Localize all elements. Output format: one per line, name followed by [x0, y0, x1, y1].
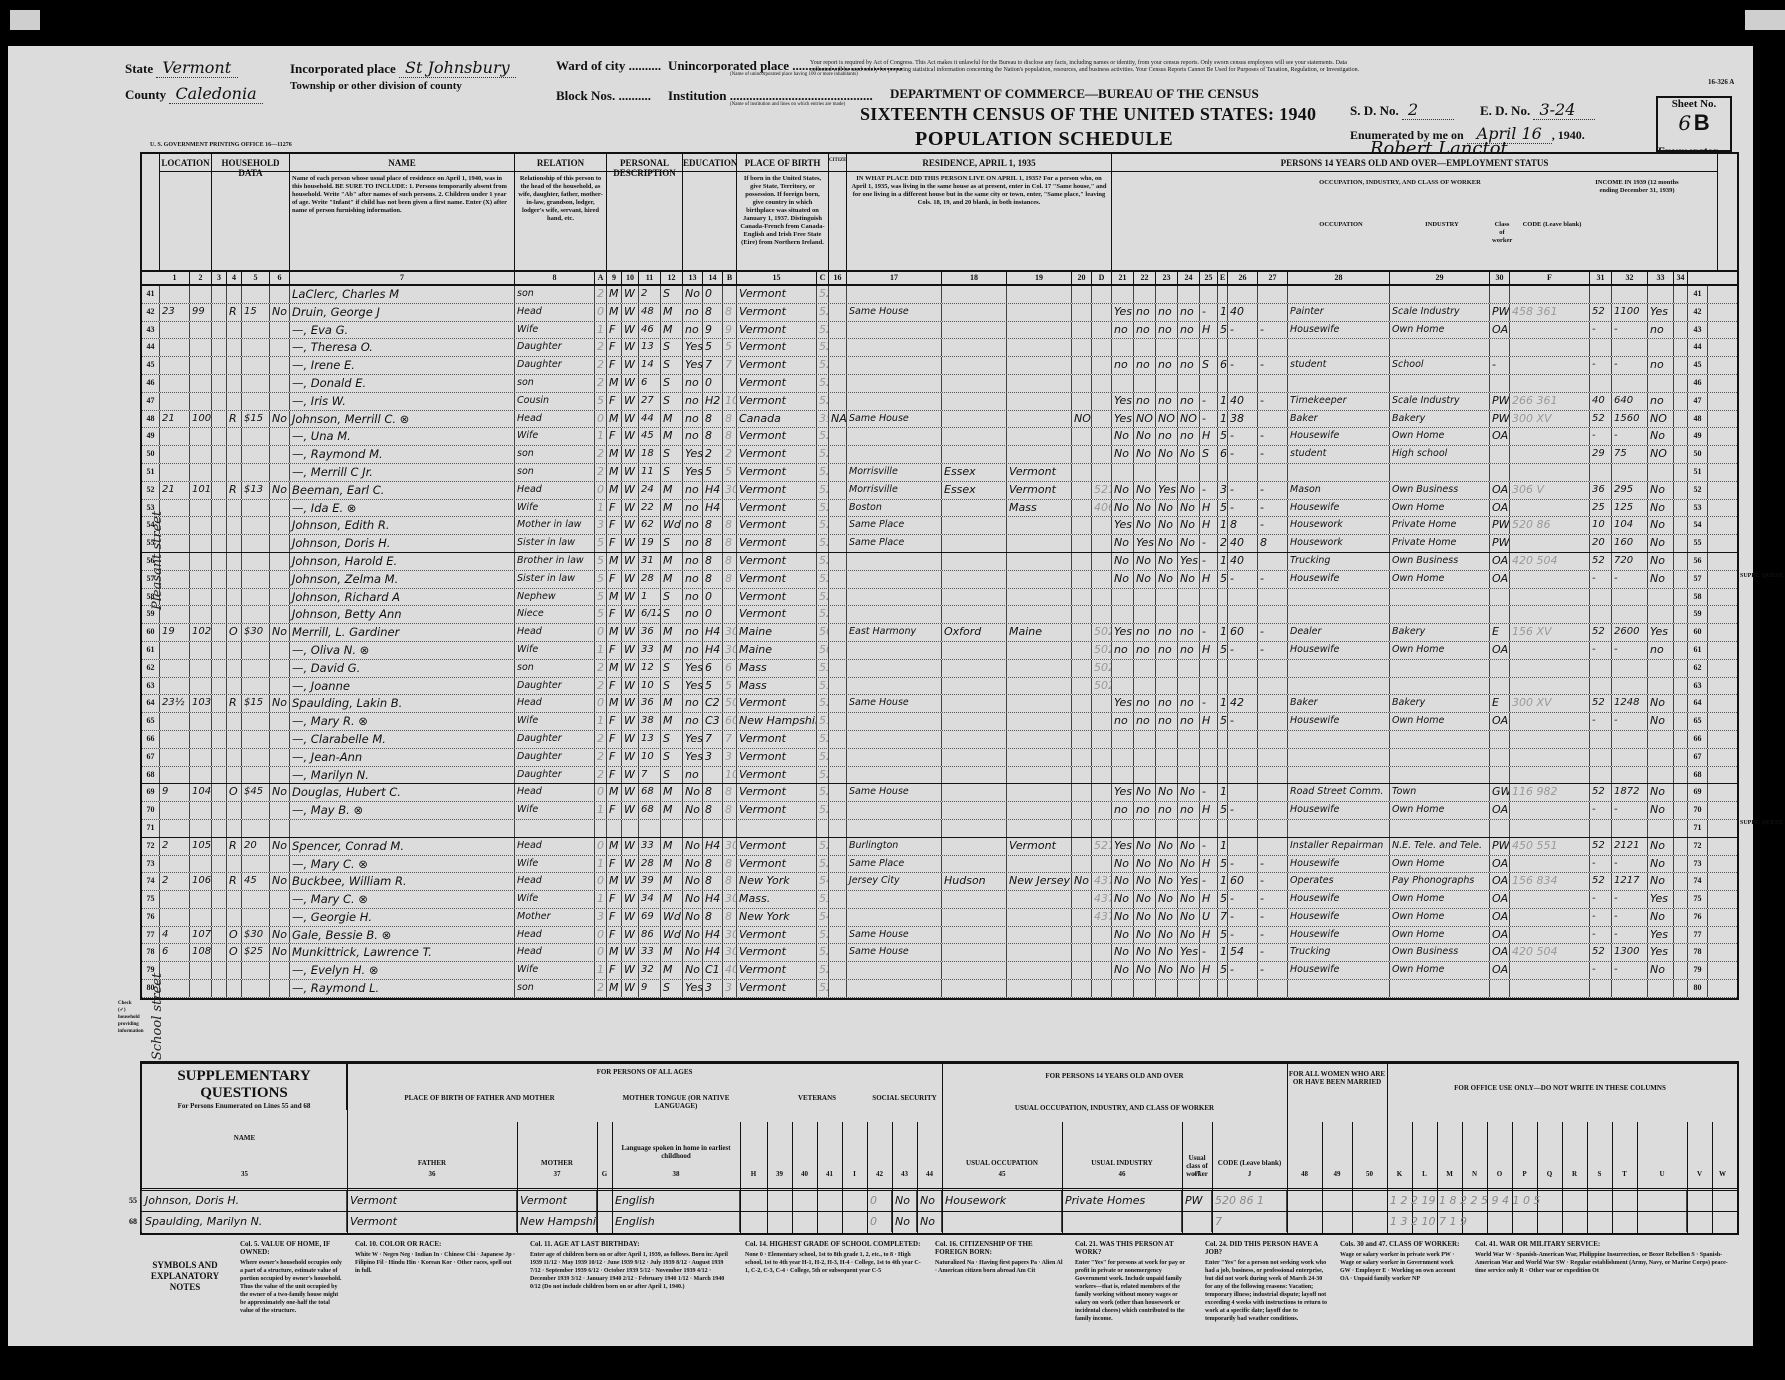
cell-other: No: [1648, 695, 1674, 712]
cell-c26: 60: [1228, 873, 1258, 890]
cell-f: 156 XV: [1510, 624, 1590, 641]
cell-d: [1092, 767, 1112, 784]
cell-weeks: 52: [1590, 553, 1612, 570]
cell-c34: [1674, 909, 1688, 926]
cell-visit: [212, 838, 227, 855]
table-row: 66—, Clarabelle M.Daughter2FW13SYes77Ver…: [142, 731, 1737, 749]
cell-b: 8: [723, 873, 737, 890]
cell-rline: 54: [1688, 517, 1708, 534]
cell-c: 52: [817, 375, 829, 392]
cell-c27: [1258, 767, 1288, 784]
cell-c25: [1200, 464, 1218, 481]
cell-c26: -: [1228, 909, 1258, 926]
cell-house: 107: [190, 927, 212, 944]
cell-e: 7: [1218, 909, 1228, 926]
cell-industry: [1390, 767, 1490, 784]
incorporated-place-label: Incorporated place: [290, 61, 396, 76]
cell-cit: [829, 909, 847, 926]
cell-a: 5: [595, 589, 607, 606]
cell-relation: son: [515, 464, 595, 481]
note-text: Where owner's household occupies only a …: [240, 1259, 343, 1315]
cell-c23: no: [1156, 642, 1178, 659]
cell-line: 60: [142, 624, 160, 641]
column-numbers: 12345678A91011121314B15C1617181920D21222…: [142, 272, 1737, 286]
cell-res-farm: [1072, 482, 1092, 499]
cell-c21: Yes: [1112, 393, 1134, 410]
cell-school: no: [683, 713, 703, 730]
cell-own: [227, 962, 242, 979]
cell-visit: [212, 375, 227, 392]
cell-own: [227, 357, 242, 374]
cell-birth: Vermont: [737, 517, 817, 534]
cell-c: 50: [817, 642, 829, 659]
column-number: 21: [1112, 272, 1134, 284]
cell-cit: [829, 642, 847, 659]
cell-c23: No: [1156, 784, 1178, 801]
cell-sex: F: [607, 393, 622, 410]
cell-relation: Niece: [515, 606, 595, 623]
cell-c26: [1228, 375, 1258, 392]
cell-c27: -: [1258, 322, 1288, 339]
cell-b: [723, 375, 737, 392]
cell-f: [1510, 767, 1590, 784]
cell-f: 116 982: [1510, 784, 1590, 801]
cell-value: $13: [242, 482, 270, 499]
cell-f: [1510, 927, 1590, 944]
supplementary-header: USUAL OCCUPATION, INDUSTRY, AND CLASS OF…: [942, 1104, 1287, 1112]
cell-d: [1092, 517, 1112, 534]
cell-age: 6: [639, 375, 661, 392]
cell-cit: [829, 606, 847, 623]
cell-value: [242, 660, 270, 677]
cell-c24: no: [1178, 322, 1200, 339]
form-number: 16-326 A: [1708, 78, 1734, 86]
cell-res-state: [1007, 802, 1072, 819]
cell-name: [290, 820, 515, 837]
cell-c26: -: [1228, 357, 1258, 374]
cell-c34: [1674, 856, 1688, 873]
cell-wages: [1612, 749, 1648, 766]
incorporated-place-field: Incorporated place St Johnsbury: [290, 58, 516, 78]
cell-c21: [1112, 589, 1134, 606]
cell-grade: 0: [703, 375, 723, 392]
cell-cit: [829, 571, 847, 588]
supplementary-cell-c42: No: [892, 1191, 917, 1211]
cell-c24: Yes: [1178, 553, 1200, 570]
cell-c22: [1134, 606, 1156, 623]
cell-res-farm: [1072, 980, 1092, 997]
cell-c27: -: [1258, 357, 1288, 374]
cell-other: No: [1648, 838, 1674, 855]
supplementary-header: CODE (Leave blank): [1212, 1159, 1287, 1167]
cell-c23: No: [1156, 571, 1178, 588]
cell-class: E: [1490, 624, 1510, 641]
cell-c26: -: [1228, 446, 1258, 463]
cell-c27: [1258, 411, 1288, 428]
table-row: 786108O$25NoMunkittrick, Lawrence T.Head…: [142, 944, 1737, 962]
cell-a: 5: [595, 393, 607, 410]
cell-birth: Maine: [737, 624, 817, 641]
cell-sex: F: [607, 731, 622, 748]
cell-c34: [1674, 393, 1688, 410]
supplementary-column-number: N: [1462, 1170, 1487, 1178]
cell-c34: [1674, 713, 1688, 730]
cell-sex: F: [607, 535, 622, 552]
cell-c23: [1156, 820, 1178, 837]
cell-weeks: -: [1590, 891, 1612, 908]
supplementary-column-number: P: [1512, 1170, 1537, 1178]
cell-own: [227, 500, 242, 517]
cell-a: 0: [595, 944, 607, 961]
cell-weeks: [1590, 678, 1612, 695]
cell-c23: [1156, 678, 1178, 695]
unincorporated-note: (Name of unincorporated place having 100…: [730, 72, 858, 77]
cell-a: 0: [595, 411, 607, 428]
cell-c26: [1228, 339, 1258, 356]
cell-race: W: [622, 357, 639, 374]
cell-visit: [212, 695, 227, 712]
column-number: 19: [1007, 272, 1072, 284]
cell-c25: -: [1200, 873, 1218, 890]
cell-line: 65: [142, 713, 160, 730]
supplementary-header: SOCIAL SECURITY: [867, 1094, 942, 1102]
cell-house: [190, 464, 212, 481]
cell-other: [1648, 749, 1674, 766]
cell-e: [1218, 339, 1228, 356]
cell-school: no: [683, 695, 703, 712]
cell-d: [1092, 286, 1112, 303]
cell-street: [160, 731, 190, 748]
cell-c21: [1112, 464, 1134, 481]
cell-res-county: [942, 731, 1007, 748]
cell-occupation: Housewife: [1288, 802, 1390, 819]
cell-c24: [1178, 606, 1200, 623]
cell-school: No: [683, 802, 703, 819]
column-headers: LOCATIONHOUSEHOLD DATANAMEName of each p…: [142, 154, 1737, 272]
cell-c26: [1228, 784, 1258, 801]
cell-c24: NO: [1178, 411, 1200, 428]
cell-other: No: [1648, 535, 1674, 552]
cell-c24: [1178, 820, 1200, 837]
column-description: Name of each person whose usual place of…: [290, 172, 514, 218]
cell-e: [1218, 767, 1228, 784]
cell-name: —, Eva G.: [290, 322, 515, 339]
cell-f: [1510, 962, 1590, 979]
cell-school: no: [683, 304, 703, 321]
column-number: F: [1510, 272, 1590, 284]
cell-c24: No: [1178, 856, 1200, 873]
cell-a: 0: [595, 695, 607, 712]
cell-e: 1: [1218, 838, 1228, 855]
cell-value: [242, 678, 270, 695]
cell-value: [242, 517, 270, 534]
cell-occupation: Housewife: [1288, 500, 1390, 517]
cell-street: [160, 713, 190, 730]
cell-own: [227, 820, 242, 837]
cell-f: [1510, 606, 1590, 623]
cell-res-state: [1007, 339, 1072, 356]
supplementary-cell-mother: Vermont: [517, 1191, 597, 1211]
cell-d: [1092, 446, 1112, 463]
cell-a: 0: [595, 482, 607, 499]
cell-race: W: [622, 678, 639, 695]
supplementary-cell-father: Vermont: [347, 1212, 517, 1232]
cell-marital: M: [661, 838, 683, 855]
cell-class: [1490, 589, 1510, 606]
cell-res-city: Same Place: [847, 856, 942, 873]
cell-c26: [1228, 749, 1258, 766]
cell-c25: H: [1200, 517, 1218, 534]
cell-res-state: [1007, 517, 1072, 534]
cell-farm: [270, 749, 290, 766]
cell-street: 19: [160, 624, 190, 641]
cell-c26: [1228, 980, 1258, 997]
cell-cit: [829, 446, 847, 463]
cell-birth: Vermont: [737, 589, 817, 606]
cell-d: [1092, 944, 1112, 961]
cell-own: [227, 464, 242, 481]
cell-own: [227, 749, 242, 766]
note-block: Col. 16. CITIZENSHIP OF THE FOREIGN BORN…: [935, 1240, 1063, 1275]
cell-occupation: Housework: [1288, 535, 1390, 552]
cell-grade: 9: [703, 322, 723, 339]
cell-e: 1: [1218, 411, 1228, 428]
cell-d: 4377: [1092, 891, 1112, 908]
cell-farm: [270, 553, 290, 570]
cell-visit: [212, 891, 227, 908]
cell-marital: M: [661, 642, 683, 659]
cell-c26: -: [1228, 891, 1258, 908]
cell-c22: [1134, 678, 1156, 695]
cell-birth: Vermont: [737, 446, 817, 463]
cell-line: 47: [142, 393, 160, 410]
cell-res-county: [942, 784, 1007, 801]
cell-sex: M: [607, 411, 622, 428]
cell-a: 0: [595, 784, 607, 801]
cell-c25: H: [1200, 642, 1218, 659]
cell-res-city: Same House: [847, 784, 942, 801]
cell-c: 51: [817, 713, 829, 730]
cell-res-county: [942, 802, 1007, 819]
cell-sex: M: [607, 838, 622, 855]
cell-class: [1490, 980, 1510, 997]
table-row: 65—, Mary R. ⊗Wife1FW38MnoC360New Hampsh…: [142, 713, 1737, 731]
cell-other: No: [1648, 784, 1674, 801]
cell-school: Yes: [683, 464, 703, 481]
cell-grade: 8: [703, 909, 723, 926]
cell-c27: [1258, 820, 1288, 837]
cell-value: [242, 286, 270, 303]
cell-c24: No: [1178, 446, 1200, 463]
cell-f: 300 XV: [1510, 695, 1590, 712]
cell-c24: No: [1178, 784, 1200, 801]
cell-age: 33: [639, 944, 661, 961]
cell-rline: 76: [1688, 909, 1708, 926]
cell-c23: no: [1156, 713, 1178, 730]
cell-value: [242, 446, 270, 463]
cell-rline: 69: [1688, 784, 1708, 801]
cell-grade: 6: [703, 660, 723, 677]
cell-c27: -: [1258, 856, 1288, 873]
cell-marital: M: [661, 944, 683, 961]
cell-weeks: -: [1590, 642, 1612, 659]
cell-birth: Maine: [737, 642, 817, 659]
cell-value: $15: [242, 695, 270, 712]
table-row: 61—, Oliva N. ⊗Wife1FW33MnoH430Maine5050…: [142, 642, 1737, 660]
supplementary-column-number: 47: [1182, 1170, 1212, 1178]
cell-industry: Own Home: [1390, 802, 1490, 819]
cell-res-state: [1007, 980, 1072, 997]
cell-c21: [1112, 660, 1134, 677]
cell-b: 8: [723, 571, 737, 588]
cell-occupation: [1288, 731, 1390, 748]
cell-a: 2: [595, 339, 607, 356]
cell-res-county: [942, 820, 1007, 837]
cell-race: W: [622, 909, 639, 926]
cell-c: 52: [817, 589, 829, 606]
sd-field: S. D. No. 2: [1350, 100, 1454, 120]
cell-res-farm: [1072, 642, 1092, 659]
cell-occupation: Housewife: [1288, 962, 1390, 979]
supplementary-column-number: V: [1687, 1170, 1712, 1178]
cell-a: 0: [595, 304, 607, 321]
cell-visit: [212, 856, 227, 873]
table-row: 53—, Ida E. ⊗Wife1FW22MnoH4Vermont52Bost…: [142, 500, 1737, 518]
cell-weeks: -: [1590, 322, 1612, 339]
cell-c27: -: [1258, 873, 1288, 890]
cell-farm: [270, 962, 290, 979]
supplementary-column-number: U: [1637, 1170, 1687, 1178]
cell-street: [160, 375, 190, 392]
cell-c26: -: [1228, 428, 1258, 445]
sd-label: S. D. No.: [1350, 103, 1399, 118]
cell-class: GW: [1490, 784, 1510, 801]
cell-b: 5: [723, 339, 737, 356]
cell-res-city: [847, 749, 942, 766]
cell-house: [190, 286, 212, 303]
cell-res-state: [1007, 944, 1072, 961]
cell-occupation: Operates: [1288, 873, 1390, 890]
cell-d: [1092, 606, 1112, 623]
cell-c34: [1674, 660, 1688, 677]
cell-grade: 5: [703, 678, 723, 695]
cell-class: [1490, 339, 1510, 356]
cell-industry: School: [1390, 357, 1490, 374]
cell-c25: [1200, 660, 1218, 677]
cell-c34: [1674, 962, 1688, 979]
cell-farm: [270, 446, 290, 463]
cell-c27: -: [1258, 891, 1288, 908]
cell-c34: [1674, 695, 1688, 712]
supplementary-column-number: J: [1212, 1170, 1287, 1178]
cell-c34: [1674, 980, 1688, 997]
cell-c21: No: [1112, 500, 1134, 517]
cell-race: W: [622, 802, 639, 819]
cell-c27: -: [1258, 962, 1288, 979]
cell-occupation: Mason: [1288, 482, 1390, 499]
cell-age: 45: [639, 428, 661, 445]
cell-class: [1490, 767, 1510, 784]
note-heading: Col. 14. HIGHEST GRADE OF SCHOOL COMPLET…: [745, 1240, 923, 1248]
cell-occupation: [1288, 589, 1390, 606]
cell-d: [1092, 428, 1112, 445]
cell-c27: [1258, 286, 1288, 303]
cell-c: [817, 820, 829, 837]
note-text: Enter "Yes" for persons at work for pay …: [1075, 1259, 1193, 1323]
cell-name: LaClerc, Charles M: [290, 286, 515, 303]
cell-rline: 55: [1688, 535, 1708, 552]
cell-race: W: [622, 535, 639, 552]
cell-res-farm: [1072, 695, 1092, 712]
cell-industry: Private Home: [1390, 517, 1490, 534]
column-number: 29: [1390, 272, 1490, 284]
cell-industry: Bakery: [1390, 411, 1490, 428]
cell-c: 52: [817, 535, 829, 552]
cell-cit: [829, 357, 847, 374]
cell-school: No: [683, 891, 703, 908]
cell-value: $25: [242, 944, 270, 961]
cell-farm: No: [270, 411, 290, 428]
cell-sex: F: [607, 339, 622, 356]
cell-house: [190, 393, 212, 410]
cell-marital: M: [661, 891, 683, 908]
cell-marital: M: [661, 482, 683, 499]
cell-d: [1092, 553, 1112, 570]
cell-c26: 40: [1228, 535, 1258, 552]
cell-f: [1510, 731, 1590, 748]
cell-other: [1648, 589, 1674, 606]
cell-wages: -: [1612, 322, 1648, 339]
cell-farm: [270, 856, 290, 873]
cell-c23: [1156, 464, 1178, 481]
cell-res-county: [942, 517, 1007, 534]
note-heading: Col. 11. AGE AT LAST BIRTHDAY:: [530, 1240, 733, 1248]
cell-res-farm: [1072, 517, 1092, 534]
cell-c25: -: [1200, 304, 1218, 321]
cell-res-state: [1007, 784, 1072, 801]
cell-own: [227, 660, 242, 677]
cell-c21: no: [1112, 357, 1134, 374]
cell-marital: [661, 820, 683, 837]
cell-industry: [1390, 464, 1490, 481]
cell-race: W: [622, 428, 639, 445]
cell-grade: 8: [703, 873, 723, 890]
cell-res-county: [942, 553, 1007, 570]
cell-c34: [1674, 642, 1688, 659]
cell-relation: Nephew: [515, 589, 595, 606]
cell-line: 68: [142, 767, 160, 784]
cell-res-farm: [1072, 838, 1092, 855]
cell-other: No: [1648, 553, 1674, 570]
cell-c25: -: [1200, 784, 1218, 801]
cell-name: Douglas, Hubert C.: [290, 784, 515, 801]
cell-c26: -: [1228, 713, 1258, 730]
cell-res-farm: [1072, 767, 1092, 784]
cell-class: OA: [1490, 944, 1510, 961]
cell-c22: No: [1134, 962, 1156, 979]
supplementary-header: USUAL INDUSTRY: [1062, 1159, 1182, 1167]
cell-c34: [1674, 944, 1688, 961]
cell-c: 53: [817, 678, 829, 695]
state-label: State: [125, 61, 153, 76]
supplementary-title: SUPPLEMENTARY QUESTIONS: [142, 1064, 346, 1102]
cell-class: [1490, 464, 1510, 481]
occupation-subheader: INDUSTRY: [1390, 218, 1494, 232]
cell-birth: [737, 820, 817, 837]
county-field: County Caledonia: [125, 84, 263, 104]
cell-farm: [270, 357, 290, 374]
supplementary-header: FOR PERSONS 14 YEARS OLD AND OVER: [942, 1072, 1287, 1080]
